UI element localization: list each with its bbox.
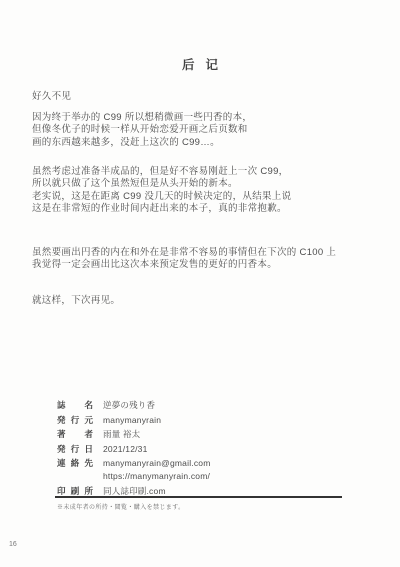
colophon-row-publisher: 発行元 manymanyrain xyxy=(57,414,211,427)
colophon-value: manymanyrain@gmail.com https://manymanyr… xyxy=(103,457,211,482)
age-disclaimer-text: ※未成年者の所持・閲覧・購入を禁じます。 xyxy=(57,502,185,511)
colophon-label: 発行日 xyxy=(57,443,93,456)
afterword-paragraph-1: 因为终于举办的 C99 所以想稍微画一些円香的本， 但像冬优子的时候一样从开始恋… xyxy=(32,112,252,149)
page-number: 16 xyxy=(9,541,17,548)
colophon-row-title: 誌名 逆夢の残り香 xyxy=(57,399,211,412)
colophon-value: 2021/12/31 xyxy=(103,443,148,456)
colophon-row-date: 発行日 2021/12/31 xyxy=(57,443,211,456)
afterword-page: 后记 好久不见 因为终于举办的 C99 所以想稍微画一些円香的本， 但像冬优子的… xyxy=(0,0,400,567)
colophon-divider xyxy=(55,496,342,498)
colophon-value: manymanyrain xyxy=(103,414,161,427)
closing-text: 就这样，下次再见。 xyxy=(32,295,120,307)
page-title: 后记 xyxy=(0,55,400,73)
colophon-label: 連絡先 xyxy=(57,457,93,482)
colophon-value: 逆夢の残り香 xyxy=(103,399,155,412)
colophon-row-author: 著者 雨量 裕太 xyxy=(57,428,211,441)
colophon-label: 著者 xyxy=(57,428,93,441)
afterword-paragraph-3: 虽然要画出円香的内在和外在是非常不容易的事情但在下次的 C100 上 我觉得一定… xyxy=(32,247,336,272)
colophon-row-contact: 連絡先 manymanyrain@gmail.com https://manym… xyxy=(57,457,211,482)
colophon-value: 雨量 裕太 xyxy=(103,428,140,441)
colophon: 誌名 逆夢の残り香 発行元 manymanyrain 著者 雨量 裕太 発行日 … xyxy=(57,399,211,499)
colophon-label: 発行元 xyxy=(57,414,93,427)
greeting-text: 好久不见 xyxy=(32,91,71,103)
afterword-paragraph-2: 虽然考虑过准备半成品的，但是好不容易刚赶上一次 C99， 所以就只做了这个虽然短… xyxy=(32,166,291,216)
colophon-label: 誌名 xyxy=(57,399,93,412)
